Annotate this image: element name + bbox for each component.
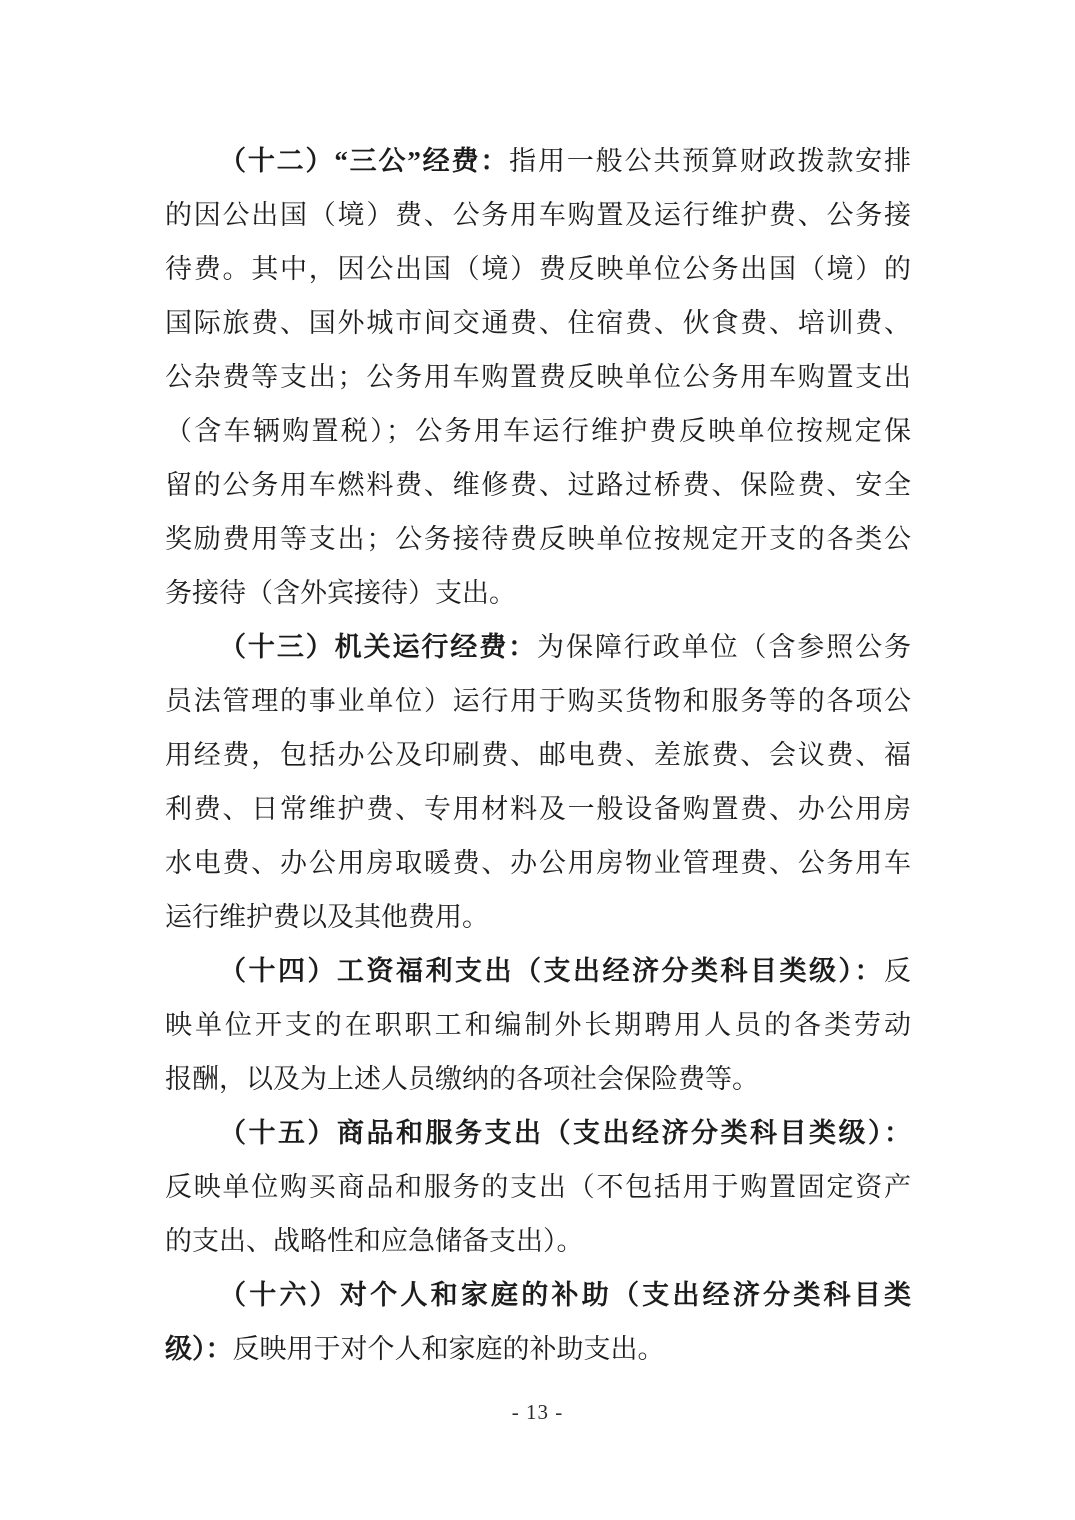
text-line: （十三）机关运行经费：为保障行政单位（含参照公务 bbox=[165, 620, 911, 674]
body-text: 公杂费等支出；公务用车购置费反映单位公务用车购置支出 bbox=[165, 362, 911, 392]
body-text: 留的公务用车燃料费、维修费、过路过桥费、保险费、安全 bbox=[165, 470, 911, 500]
body-text: 国际旅费、国外城市间交通费、住宿费、伙食费、培训费、 bbox=[165, 308, 911, 338]
text-line: 奖励费用等支出；公务接待费反映单位按规定开支的各类公 bbox=[165, 512, 911, 566]
text-line: 的支出、战略性和应急储备支出）。 bbox=[165, 1214, 911, 1268]
heading-text: （十六）对个人和家庭的补助（支出经济分类科目类 bbox=[219, 1280, 911, 1310]
text-line: 映单位开支的在职职工和编制外长期聘用人员的各类劳动 bbox=[165, 998, 911, 1052]
text-line: 国际旅费、国外城市间交通费、住宿费、伙食费、培训费、 bbox=[165, 296, 911, 350]
body-text: 映单位开支的在职职工和编制外长期聘用人员的各类劳动 bbox=[165, 1010, 911, 1040]
text-line: 级）：反映用于对个人和家庭的补助支出。 bbox=[165, 1322, 911, 1376]
body-text: 指用一般公共预算财政拨款安排 bbox=[509, 146, 911, 176]
body-text: 反映用于对个人和家庭的补助支出。 bbox=[233, 1334, 665, 1364]
text-line: 报酬，以及为上述人员缴纳的各项社会保险费等。 bbox=[165, 1052, 911, 1106]
body-text: 务接待（含外宾接待）支出。 bbox=[165, 578, 516, 608]
page-footer: - 13 - bbox=[0, 1400, 1075, 1425]
heading-text: （十五）商品和服务支出（支出经济分类科目类级）： bbox=[219, 1118, 911, 1148]
body-text: 反映单位购买商品和服务的支出（不包括用于购置固定资产 bbox=[165, 1172, 911, 1202]
text-line: 待费。其中，因公出国（境）费反映单位公务出国（境）的 bbox=[165, 242, 911, 296]
text-line: （十四）工资福利支出（支出经济分类科目类级）：反 bbox=[165, 944, 911, 998]
body-text: 待费。其中，因公出国（境）费反映单位公务出国（境）的 bbox=[165, 254, 911, 284]
body-text: （含车辆购置税）；公务用车运行维护费反映单位按规定保 bbox=[165, 416, 911, 446]
body-text: 利费、日常维护费、专用材料及一般设备购置费、办公用房 bbox=[165, 794, 911, 824]
heading-text: （十三）机关运行经费： bbox=[219, 632, 537, 662]
body-text: 报酬，以及为上述人员缴纳的各项社会保险费等。 bbox=[165, 1064, 759, 1094]
text-line: （十六）对个人和家庭的补助（支出经济分类科目类 bbox=[165, 1268, 911, 1322]
body-text: 为保障行政单位（含参照公务 bbox=[537, 632, 911, 662]
body-text: 的因公出国（境）费、公务用车购置及运行维护费、公务接 bbox=[165, 200, 911, 230]
body-text: 的支出、战略性和应急储备支出）。 bbox=[165, 1226, 584, 1256]
text-line: 的因公出国（境）费、公务用车购置及运行维护费、公务接 bbox=[165, 188, 911, 242]
body-text: 奖励费用等支出；公务接待费反映单位按规定开支的各类公 bbox=[165, 524, 911, 554]
text-line: 反映单位购买商品和服务的支出（不包括用于购置固定资产 bbox=[165, 1160, 911, 1214]
heading-text: 级）： bbox=[165, 1334, 233, 1364]
text-line: 留的公务用车燃料费、维修费、过路过桥费、保险费、安全 bbox=[165, 458, 911, 512]
text-line: （十五）商品和服务支出（支出经济分类科目类级）： bbox=[165, 1106, 911, 1160]
text-line: 公杂费等支出；公务用车购置费反映单位公务用车购置支出 bbox=[165, 350, 911, 404]
page-number: - 13 - bbox=[512, 1400, 564, 1424]
document-body: （十二）“三公”经费：指用一般公共预算财政拨款安排的因公出国（境）费、公务用车购… bbox=[165, 134, 911, 1376]
document-page: （十二）“三公”经费：指用一般公共预算财政拨款安排的因公出国（境）费、公务用车购… bbox=[0, 0, 1075, 1520]
text-line: 利费、日常维护费、专用材料及一般设备购置费、办公用房 bbox=[165, 782, 911, 836]
text-line: （含车辆购置税）；公务用车运行维护费反映单位按规定保 bbox=[165, 404, 911, 458]
heading-text: （十二）“三公”经费： bbox=[219, 146, 509, 176]
text-line: 水电费、办公用房取暖费、办公用房物业管理费、公务用车 bbox=[165, 836, 911, 890]
heading-text: （十四）工资福利支出（支出经济分类科目类级）： bbox=[219, 956, 884, 986]
text-line: 员法管理的事业单位）运行用于购买货物和服务等的各项公 bbox=[165, 674, 911, 728]
text-line: （十二）“三公”经费：指用一般公共预算财政拨款安排 bbox=[165, 134, 911, 188]
body-text: 反 bbox=[884, 956, 911, 986]
body-text: 用经费，包括办公及印刷费、邮电费、差旅费、会议费、福 bbox=[165, 740, 911, 770]
body-text: 水电费、办公用房取暖费、办公用房物业管理费、公务用车 bbox=[165, 848, 911, 878]
body-text: 员法管理的事业单位）运行用于购买货物和服务等的各项公 bbox=[165, 686, 911, 716]
text-line: 用经费，包括办公及印刷费、邮电费、差旅费、会议费、福 bbox=[165, 728, 911, 782]
text-line: 运行维护费以及其他费用。 bbox=[165, 890, 911, 944]
body-text: 运行维护费以及其他费用。 bbox=[165, 902, 489, 932]
text-line: 务接待（含外宾接待）支出。 bbox=[165, 566, 911, 620]
